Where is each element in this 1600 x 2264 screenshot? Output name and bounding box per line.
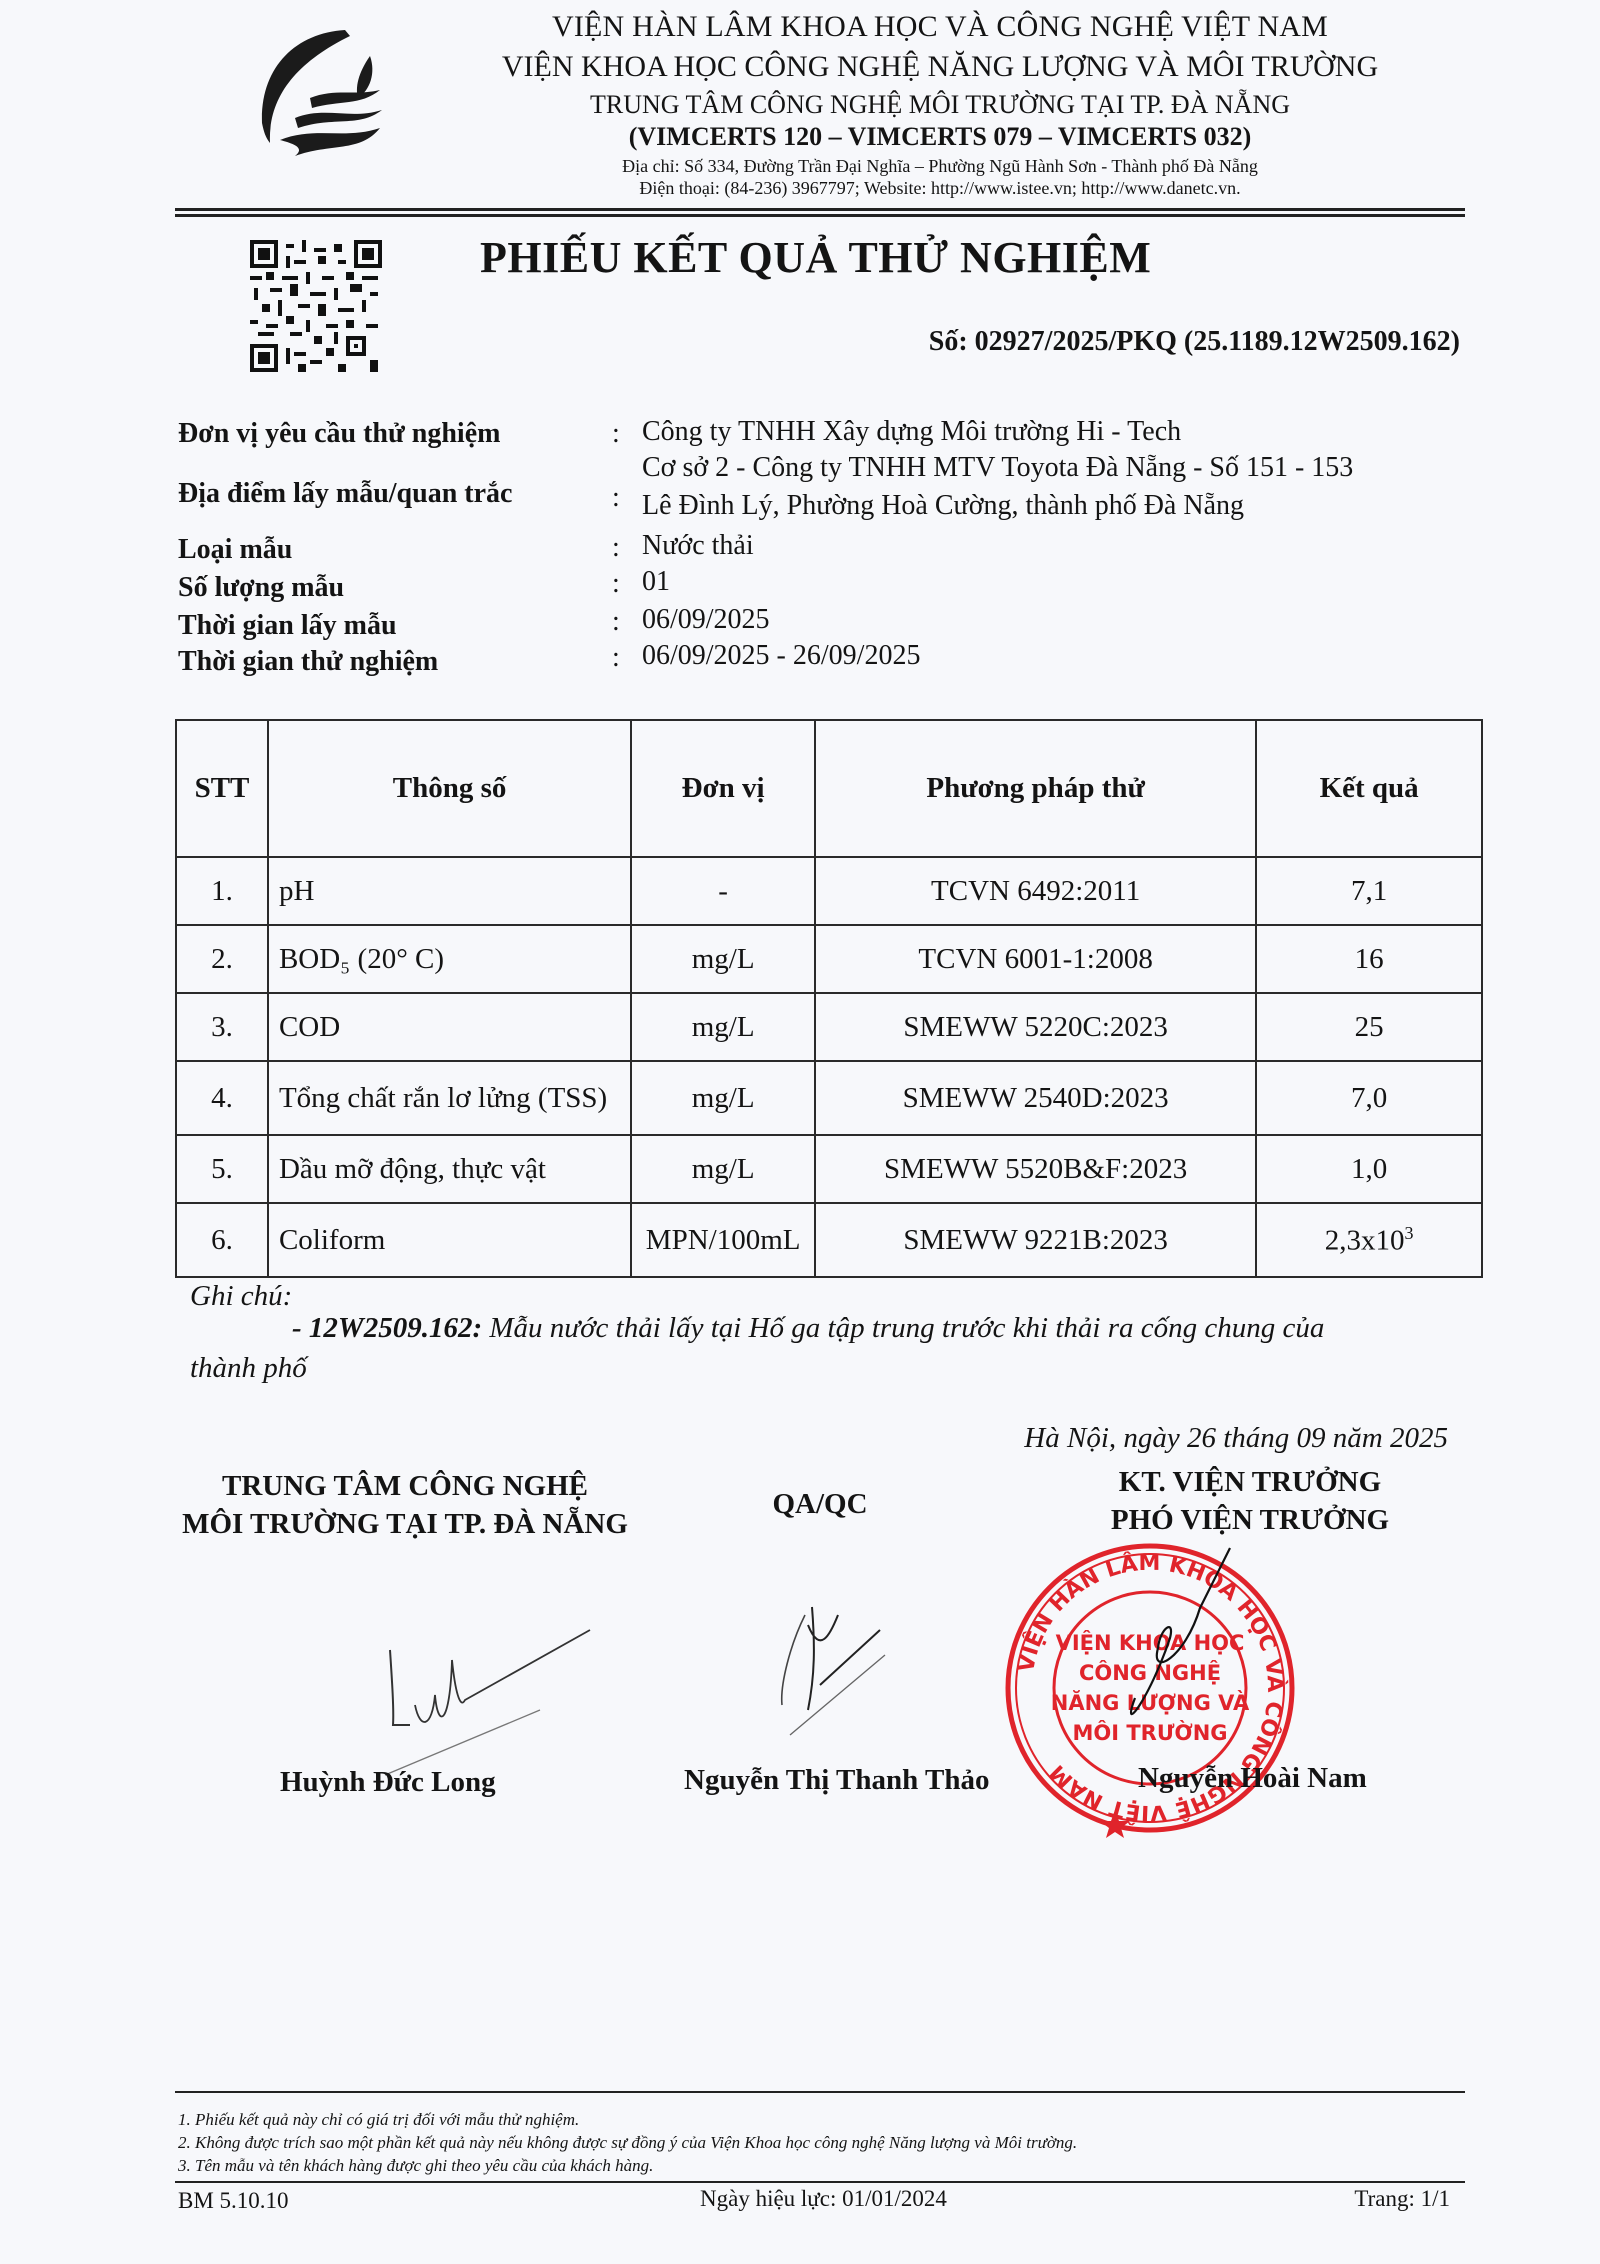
- right-signer-name: Nguyễn Hoài Nam: [1138, 1762, 1367, 1795]
- row-result: 7,1: [1256, 857, 1482, 925]
- org-line-1: VIỆN HÀN LÂM KHOA HỌC VÀ CÔNG NGHỆ VIỆT …: [420, 10, 1460, 44]
- table-row: 5. Dầu mỡ động, thực vật mg/L SMEWW 5520…: [176, 1135, 1482, 1203]
- row-parameter: pH: [268, 857, 631, 925]
- footer-note-3: 3. Tên mẫu và tên khách hàng được ghi th…: [178, 2156, 653, 2176]
- header-stt: STT: [176, 720, 268, 857]
- header-method: Phương pháp thử: [815, 720, 1256, 857]
- result-exponent: 3: [1405, 1223, 1414, 1243]
- table-row: 2. BOD₅ (20° C) mg/L TCVN 6001-1:2008 16: [176, 925, 1482, 993]
- org-line-3: TRUNG TÂM CÔNG NGHỆ MÔI TRƯỜNG TẠI TP. Đ…: [420, 90, 1460, 120]
- colon: :: [612, 568, 620, 600]
- test-time-value: 06/09/2025 - 26/09/2025: [642, 640, 920, 672]
- stamp-inner-4: MÔI TRƯỜNG: [1072, 1720, 1227, 1745]
- row-unit: mg/L: [631, 925, 815, 993]
- stamp-inner-3: NĂNG LƯỢNG VÀ: [1051, 1690, 1250, 1715]
- left-signer-title-2: MÔI TRƯỜNG TẠI TP. ĐÀ NẴNG: [150, 1508, 660, 1541]
- row-parameter: Dầu mỡ động, thực vật: [268, 1135, 631, 1203]
- row-method: TCVN 6001-1:2008: [815, 925, 1256, 993]
- header-parameter: Thông số: [268, 720, 631, 857]
- row-parameter: Tổng chất rắn lơ lửng (TSS): [268, 1061, 631, 1135]
- colon: :: [612, 606, 620, 638]
- stamp-inner-2: CÔNG NGHỆ: [1079, 1659, 1221, 1685]
- notes-item: - 12W2509.162: Mẫu nước thải lấy tại Hố …: [292, 1312, 1324, 1345]
- document-number: Số: 02927/2025/PKQ (25.1189.12W2509.162): [929, 326, 1460, 358]
- row-unit: mg/L: [631, 1135, 815, 1203]
- table-row: 4. Tổng chất rắn lơ lửng (TSS) mg/L SMEW…: [176, 1061, 1482, 1135]
- table-row: 6. Coliform MPN/100mL SMEWW 9221B:2023 2…: [176, 1203, 1482, 1277]
- location-value-line2: Lê Đình Lý, Phường Hoà Cường, thành phố …: [642, 490, 1244, 522]
- footer-note-1: 1. Phiếu kết quả này chỉ có giá trị đối …: [178, 2110, 579, 2130]
- row-result: 25: [1256, 993, 1482, 1061]
- signature-left-icon: [370, 1600, 610, 1780]
- row-stt: 5.: [176, 1135, 268, 1203]
- location-label: Địa điểm lấy mẫu/quan trắc: [178, 478, 512, 510]
- notes-item-cont: thành phố: [190, 1352, 307, 1385]
- row-unit: -: [631, 857, 815, 925]
- row-parameter: COD: [268, 993, 631, 1061]
- colon: :: [612, 482, 620, 514]
- row-result: 2,3x103: [1256, 1203, 1482, 1277]
- right-signer-title-2: PHÓ VIỆN TRƯỞNG: [1060, 1504, 1440, 1537]
- footer-note-2: 2. Không được trích sao một phần kết quả…: [178, 2133, 1077, 2153]
- row-method: SMEWW 5220C:2023: [815, 993, 1256, 1061]
- header-result: Kết quả: [1256, 720, 1482, 857]
- middle-signer-name: Nguyễn Thị Thanh Thảo: [684, 1764, 989, 1797]
- table-header-row: STT Thông số Đơn vị Phương pháp thử Kết …: [176, 720, 1482, 857]
- footer-divider-bottom: [175, 2181, 1465, 2183]
- row-result: 1,0: [1256, 1135, 1482, 1203]
- footer-divider-top: [175, 2091, 1465, 2093]
- notes-item-text: Mẫu nước thải lấy tại Hố ga tập trung tr…: [482, 1312, 1324, 1344]
- row-unit: MPN/100mL: [631, 1203, 815, 1277]
- row-parameter: Coliform: [268, 1203, 631, 1277]
- row-method: SMEWW 9221B:2023: [815, 1203, 1256, 1277]
- requester-label: Đơn vị yêu cầu thử nghiệm: [178, 418, 500, 450]
- document-title: PHIẾU KẾT QUẢ THỬ NGHIỆM: [480, 232, 1151, 283]
- row-unit: mg/L: [631, 1061, 815, 1135]
- address: Địa chỉ: Số 334, Đường Trần Đại Nghĩa – …: [420, 156, 1460, 177]
- sampling-time-label: Thời gian lấy mẫu: [178, 610, 397, 642]
- colon: :: [612, 642, 620, 674]
- result-base: 2,3x10: [1325, 1224, 1405, 1256]
- sample-type-label: Loại mẫu: [178, 534, 292, 566]
- notes-item-code: - 12W2509.162:: [292, 1312, 482, 1344]
- requester-value: Công ty TNHH Xây dựng Môi trường Hi - Te…: [642, 416, 1181, 448]
- test-time-label: Thời gian thử nghiệm: [178, 646, 438, 678]
- header-unit: Đơn vị: [631, 720, 815, 857]
- wave-leaf-logo-icon: [240, 28, 400, 178]
- notes-label: Ghi chú:: [190, 1280, 292, 1313]
- signature-middle-icon: [760, 1595, 920, 1745]
- row-method: SMEWW 2540D:2023: [815, 1061, 1256, 1135]
- date-place: Hà Nội, ngày 26 tháng 09 năm 2025: [1024, 1422, 1448, 1455]
- table-row: 3. COD mg/L SMEWW 5220C:2023 25: [176, 993, 1482, 1061]
- row-result: 16: [1256, 925, 1482, 993]
- certifications: (VIMCERTS 120 – VIMCERTS 079 – VIMCERTS …: [420, 122, 1460, 152]
- sampling-time-value: 06/09/2025: [642, 604, 770, 636]
- location-value-line1: Cơ sở 2 - Công ty TNHH MTV Toyota Đà Nẵn…: [642, 452, 1353, 484]
- row-parameter: BOD₅ (20° C): [268, 925, 631, 993]
- effective-date: Ngày hiệu lực: 01/01/2024: [700, 2186, 947, 2212]
- row-stt: 4.: [176, 1061, 268, 1135]
- row-stt: 1.: [176, 857, 268, 925]
- org-line-2: VIỆN KHOA HỌC CÔNG NGHỆ NĂNG LƯỢNG VÀ MÔ…: [420, 50, 1460, 84]
- colon: :: [612, 532, 620, 564]
- sample-count-label: Số lượng mẫu: [178, 572, 344, 604]
- left-signer-name: Huỳnh Đức Long: [280, 1766, 496, 1799]
- row-result: 7,0: [1256, 1061, 1482, 1135]
- contact: Điện thoại: (84-236) 3967797; Website: h…: [420, 178, 1460, 199]
- sample-type-value: Nước thải: [642, 530, 754, 562]
- row-stt: 3.: [176, 993, 268, 1061]
- colon: :: [612, 418, 620, 450]
- stamp-inner-1: VIỆN KHOA HỌC: [1056, 1629, 1245, 1655]
- middle-signer-title: QA/QC: [720, 1488, 920, 1521]
- left-signer-title-1: TRUNG TÂM CÔNG NGHỆ: [150, 1470, 660, 1503]
- row-unit: mg/L: [631, 993, 815, 1061]
- table-row: 1. pH - TCVN 6492:2011 7,1: [176, 857, 1482, 925]
- sample-count-value: 01: [642, 566, 670, 598]
- page-number: Trang: 1/1: [1354, 2186, 1450, 2212]
- row-method: SMEWW 5520B&F:2023: [815, 1135, 1256, 1203]
- form-code: BM 5.10.10: [178, 2188, 289, 2214]
- row-method: TCVN 6492:2011: [815, 857, 1256, 925]
- row-stt: 2.: [176, 925, 268, 993]
- qr-code-icon: [250, 240, 382, 372]
- right-signer-title-1: KT. VIỆN TRƯỞNG: [1060, 1466, 1440, 1499]
- row-stt: 6.: [176, 1203, 268, 1277]
- results-table: STT Thông số Đơn vị Phương pháp thử Kết …: [175, 719, 1483, 1278]
- header-divider: [175, 208, 1465, 217]
